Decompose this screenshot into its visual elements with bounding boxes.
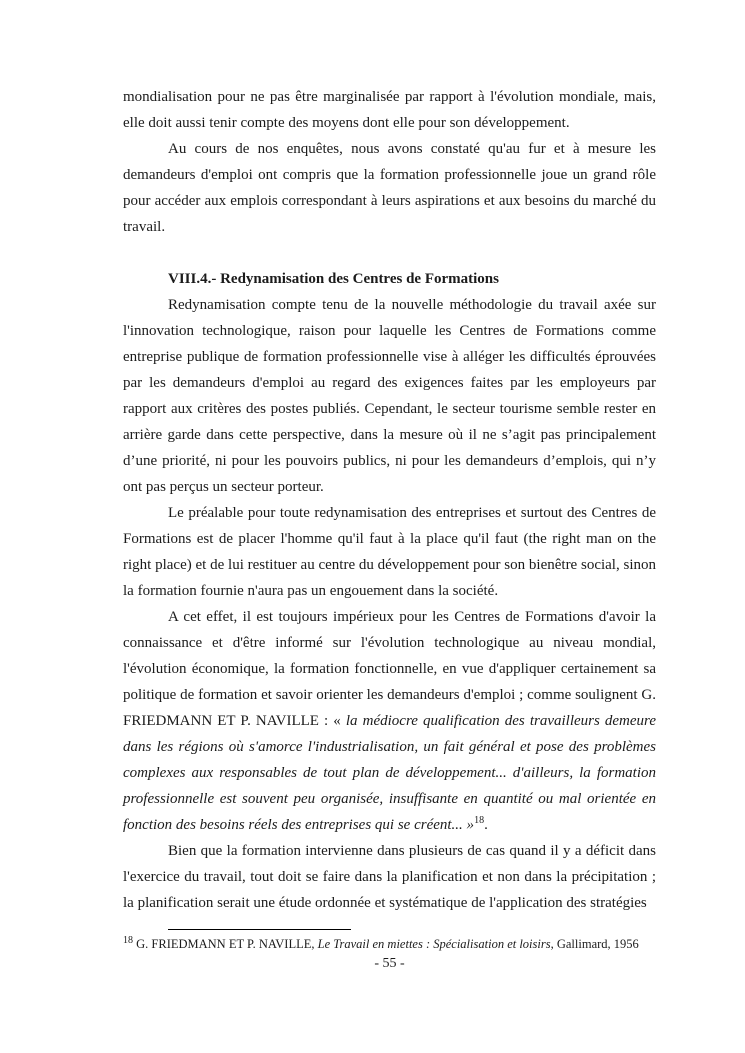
paragraph: Redynamisation compte tenu de la nouvell…: [123, 292, 656, 500]
footnote-reference: 18: [474, 815, 484, 826]
body-text-block: mondialisation pour ne pas être marginal…: [123, 84, 656, 916]
paragraph-with-quote: A cet effet, il est toujours impérieux p…: [123, 604, 656, 838]
footnote: 18 G. FRIEDMANN ET P. NAVILLE, Le Travai…: [123, 937, 656, 952]
paragraph: Au cours de nos enquêtes, nous avons con…: [123, 136, 656, 240]
paragraph: Le préalable pour toute redynamisation d…: [123, 500, 656, 604]
page-footer: 18 G. FRIEDMANN ET P. NAVILLE, Le Travai…: [123, 920, 656, 972]
footnote-marker: 18: [123, 935, 133, 946]
paragraph-text: mondialisation pour ne pas être marginal…: [123, 89, 656, 131]
quote-italic-text: la médiocre qualification des travailleu…: [123, 713, 656, 833]
paragraph-text: Le préalable pour toute redynamisation d…: [123, 505, 656, 599]
paragraph-text: A cet effet, il est toujours impérieux p…: [123, 609, 656, 729]
section-heading-text: VIII.4.- Redynamisation des Centres de F…: [168, 271, 499, 287]
paragraph-text: Bien que la formation intervienne dans p…: [123, 843, 656, 911]
paragraph-text: Au cours de nos enquêtes, nous avons con…: [123, 141, 656, 235]
section-heading: VIII.4.- Redynamisation des Centres de F…: [123, 266, 656, 292]
document-page: mondialisation pour ne pas être marginal…: [0, 0, 745, 1053]
page-number: - 55 -: [123, 955, 656, 972]
footnote-book-title: Le Travail en miettes : Spécialisation e…: [318, 937, 551, 951]
paragraph: mondialisation pour ne pas être marginal…: [123, 84, 656, 136]
paragraph: Bien que la formation intervienne dans p…: [123, 838, 656, 916]
paragraph-text: Redynamisation compte tenu de la nouvell…: [123, 297, 656, 495]
paragraph-text-end: .: [484, 817, 488, 833]
footnote-text-end: , Gallimard, 1956: [551, 937, 639, 951]
footnote-text-start: G. FRIEDMANN ET P. NAVILLE,: [133, 937, 318, 951]
footnote-separator-rule: [168, 929, 351, 930]
